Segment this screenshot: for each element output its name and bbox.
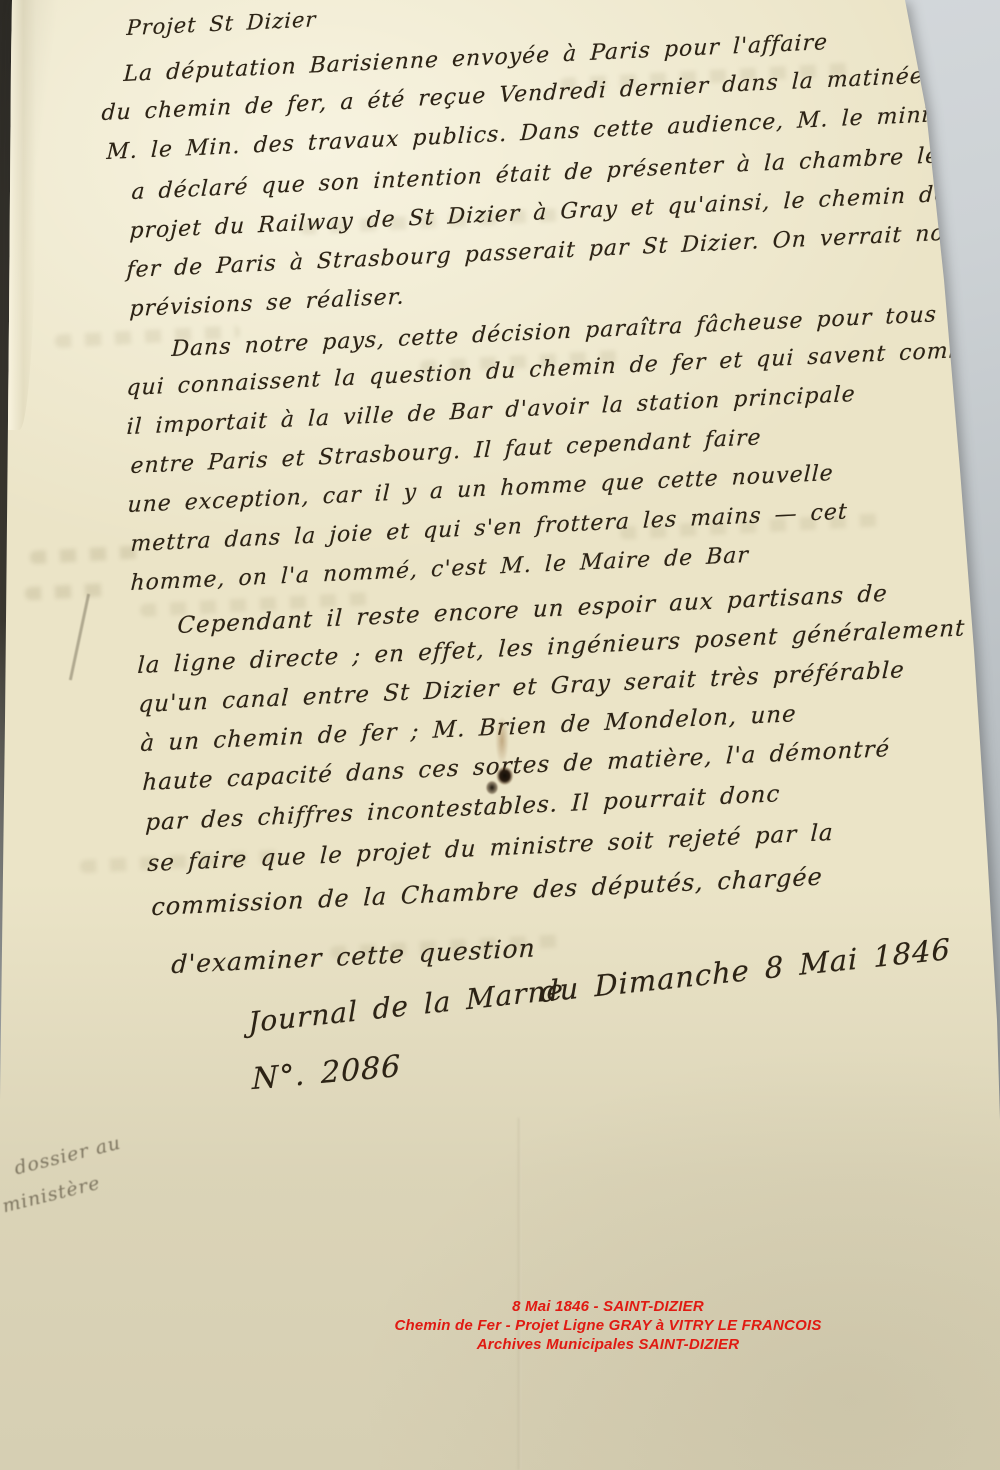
- pencil-ghost-mark: [25, 583, 116, 601]
- archive-caption-line-3: Archives Municipales SAINT-DIZIER: [208, 1335, 1000, 1354]
- archive-photo: Projet St Dizier La députation Barisienn…: [0, 0, 1000, 1470]
- paper-shadow-wrap: Projet St Dizier La députation Barisienn…: [0, 0, 1000, 1470]
- manuscript-sheet: Projet St Dizier La députation Barisienn…: [0, 0, 1000, 1470]
- fold-crease: [518, 1118, 521, 1470]
- pencil-note-line: ministère: [0, 1172, 103, 1218]
- closing-source: Journal de la Marne: [248, 973, 564, 1039]
- pencil-stroke: [69, 594, 90, 681]
- pencil-note-line: dossier au: [12, 1132, 123, 1180]
- archive-caption-line-2: Chemin de Fer - Projet Ligne GRAY à VITR…: [208, 1316, 1000, 1335]
- manuscript-line: prévisions se réaliser.: [129, 285, 405, 323]
- archive-caption-line-1: 8 Mai 1846 - SAINT-DIZIER: [208, 1297, 1000, 1316]
- ink-blot: [480, 712, 520, 796]
- closing-date: du Dimanche 8 Mai 1846: [540, 932, 951, 1009]
- manuscript-docket: Projet St Dizier: [126, 7, 317, 40]
- paper-corner-curl: [8, 0, 36, 430]
- manuscript-line: d'examiner cette question: [171, 933, 537, 979]
- archive-caption: 8 Mai 1846 - SAINT-DIZIER Chemin de Fer …: [208, 1297, 1000, 1354]
- issue-number: N°. 2086: [252, 1049, 401, 1097]
